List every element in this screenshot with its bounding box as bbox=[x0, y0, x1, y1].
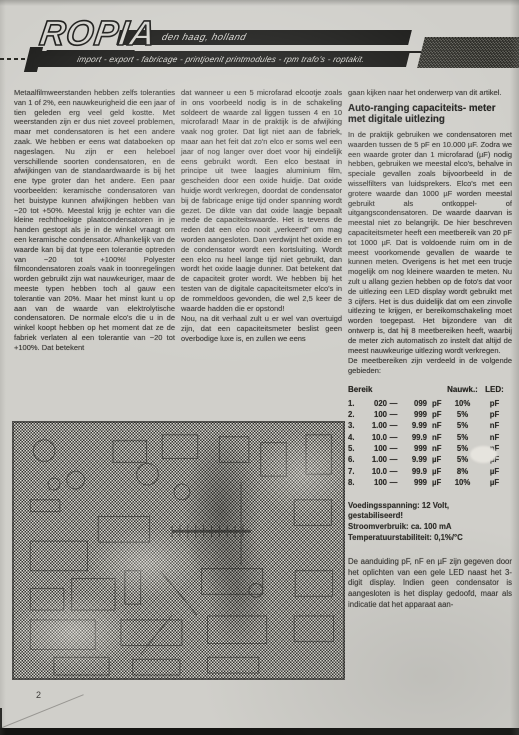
range-dash: — bbox=[387, 467, 400, 477]
white-correction-blob bbox=[470, 446, 497, 463]
range-led-unit: nF bbox=[481, 421, 508, 431]
table-row: 3. 1.00 — 9.99 nF 5% nF bbox=[348, 420, 512, 431]
article-paragraph: Nou, na dit verhaal zult u er wel van ov… bbox=[181, 314, 342, 343]
spec-line: Temperatuurstabiliteit: 0,1%/°C bbox=[348, 533, 512, 544]
range-dash: — bbox=[387, 478, 400, 488]
range-dash: — bbox=[387, 421, 400, 431]
range-number: 2. bbox=[348, 410, 360, 420]
paper-crease bbox=[0, 694, 84, 731]
range-number: 6. bbox=[348, 455, 360, 465]
range-number: 8. bbox=[348, 478, 360, 488]
scan-bottom-bar bbox=[0, 728, 519, 735]
table-row: 8. 100 — 999 µF 10% µF bbox=[348, 477, 512, 488]
range-to: 999 bbox=[400, 444, 427, 454]
range-dash: — bbox=[387, 455, 400, 465]
company-location: den haag, holland bbox=[161, 32, 248, 43]
range-number: 5. bbox=[348, 444, 360, 454]
table-row: 4. 10.0 — 99.9 nF 5% nF bbox=[348, 432, 512, 443]
range-accuracy: 5% bbox=[444, 421, 481, 431]
range-to: 999 bbox=[400, 410, 427, 420]
range-unit: nF bbox=[427, 433, 444, 443]
range-unit: µF bbox=[427, 455, 444, 465]
range-accuracy: 10% bbox=[444, 399, 481, 409]
article-column-middle: dat wanneer u een 5 microfarad elcootje … bbox=[181, 88, 342, 344]
range-accuracy: 10% bbox=[444, 478, 481, 488]
range-unit: pF bbox=[427, 399, 444, 409]
article-outro: De aanduiding pF, nF en µF zijn gegeven … bbox=[348, 557, 512, 610]
column-header-bereik: Bereik bbox=[348, 385, 444, 395]
spec-line: gestabiliseerd! bbox=[348, 511, 512, 522]
article-column-left: Metaalfilmweerstanden hebben zelfs toler… bbox=[14, 88, 175, 353]
range-number: 3. bbox=[348, 421, 360, 431]
schematic-overlay bbox=[14, 423, 343, 678]
range-dash: — bbox=[387, 444, 400, 454]
range-to: 99.9 bbox=[400, 433, 427, 443]
table-header-row: Bereik Nauwk.: LED: bbox=[348, 385, 512, 395]
page-number: 2 bbox=[36, 690, 41, 700]
range-dash: — bbox=[387, 410, 400, 420]
table-row: 7. 10.0 — 99.9 µF 8% µF bbox=[348, 466, 512, 477]
spec-line: Voedingsspanning: 12 Volt, bbox=[348, 501, 512, 512]
range-unit: µF bbox=[427, 467, 444, 477]
table-row: 2. 100 — 999 pF 5% pF bbox=[348, 409, 512, 420]
range-unit: nF bbox=[427, 444, 444, 454]
range-to: 099 bbox=[400, 399, 427, 409]
article-column-right: gaan kijken naar het onderwerp van dit a… bbox=[348, 88, 512, 610]
article-paragraph: dat wanneer u een 5 microfarad elcootje … bbox=[181, 88, 342, 313]
column-header-led: LED: bbox=[481, 385, 508, 395]
range-to: 999 bbox=[400, 478, 427, 488]
range-accuracy: 5% bbox=[444, 410, 481, 420]
header-left-dashes bbox=[0, 58, 27, 60]
city-bar: den haag, holland bbox=[116, 30, 412, 45]
range-number: 4. bbox=[348, 433, 360, 443]
logo-underbar bbox=[45, 50, 134, 56]
range-number: 7. bbox=[348, 467, 360, 477]
range-from: 100 bbox=[360, 410, 387, 420]
range-number: 1. bbox=[348, 399, 360, 409]
article-title: Auto-ranging capaciteits- meter met digi… bbox=[348, 103, 512, 126]
range-to: 99.9 bbox=[400, 467, 427, 477]
range-from: 10.0 bbox=[360, 433, 387, 443]
company-logo: ROPIA bbox=[37, 14, 158, 54]
scanned-magazine-page: den haag, holland import - export - fabr… bbox=[0, 0, 519, 735]
range-led-unit: pF bbox=[481, 399, 508, 409]
range-led-unit: nF bbox=[481, 433, 508, 443]
specifications-block: Voedingsspanning: 12 Volt,gestabiliseerd… bbox=[348, 501, 512, 543]
range-unit: nF bbox=[427, 421, 444, 431]
table-row: 1. 020 — 099 pF 10% pF bbox=[348, 398, 512, 409]
range-from: 020 bbox=[360, 399, 387, 409]
range-led-unit: µF bbox=[481, 467, 508, 477]
range-to: 9.99 bbox=[400, 455, 427, 465]
range-unit: µF bbox=[427, 478, 444, 488]
header-right-patch bbox=[417, 37, 519, 68]
range-unit: pF bbox=[427, 410, 444, 420]
range-dash: — bbox=[387, 399, 400, 409]
article-paragraph: Metaalfilmweerstanden hebben zelfs toler… bbox=[14, 88, 175, 353]
table-lead-in: De meetbereiken zijn verdeeld in de volg… bbox=[348, 356, 512, 376]
spec-line: Stroomverbruik: ca. 100 mA bbox=[348, 522, 512, 533]
range-from: 100 bbox=[360, 478, 387, 488]
range-to: 9.99 bbox=[400, 421, 427, 431]
range-from: 1.00 bbox=[360, 421, 387, 431]
range-led-unit: µF bbox=[481, 478, 508, 488]
range-from: 100 bbox=[360, 444, 387, 454]
range-from: 10.0 bbox=[360, 467, 387, 477]
measuring-range-table: Bereik Nauwk.: LED: 1. 020 — 099 pF 10% … bbox=[348, 385, 512, 489]
range-accuracy: 8% bbox=[444, 467, 481, 477]
column-header-nauwk: Nauwk.: bbox=[444, 385, 481, 395]
range-led-unit: pF bbox=[481, 410, 508, 420]
halftone-schematic-image bbox=[12, 421, 345, 680]
range-dash: — bbox=[387, 433, 400, 443]
range-accuracy: 5% bbox=[444, 433, 481, 443]
article-body: In de praktijk gebruiken we condensatore… bbox=[348, 130, 512, 355]
article-intro: gaan kijken naar het onderwerp van dit a… bbox=[348, 88, 512, 98]
range-from: 1.00 bbox=[360, 455, 387, 465]
